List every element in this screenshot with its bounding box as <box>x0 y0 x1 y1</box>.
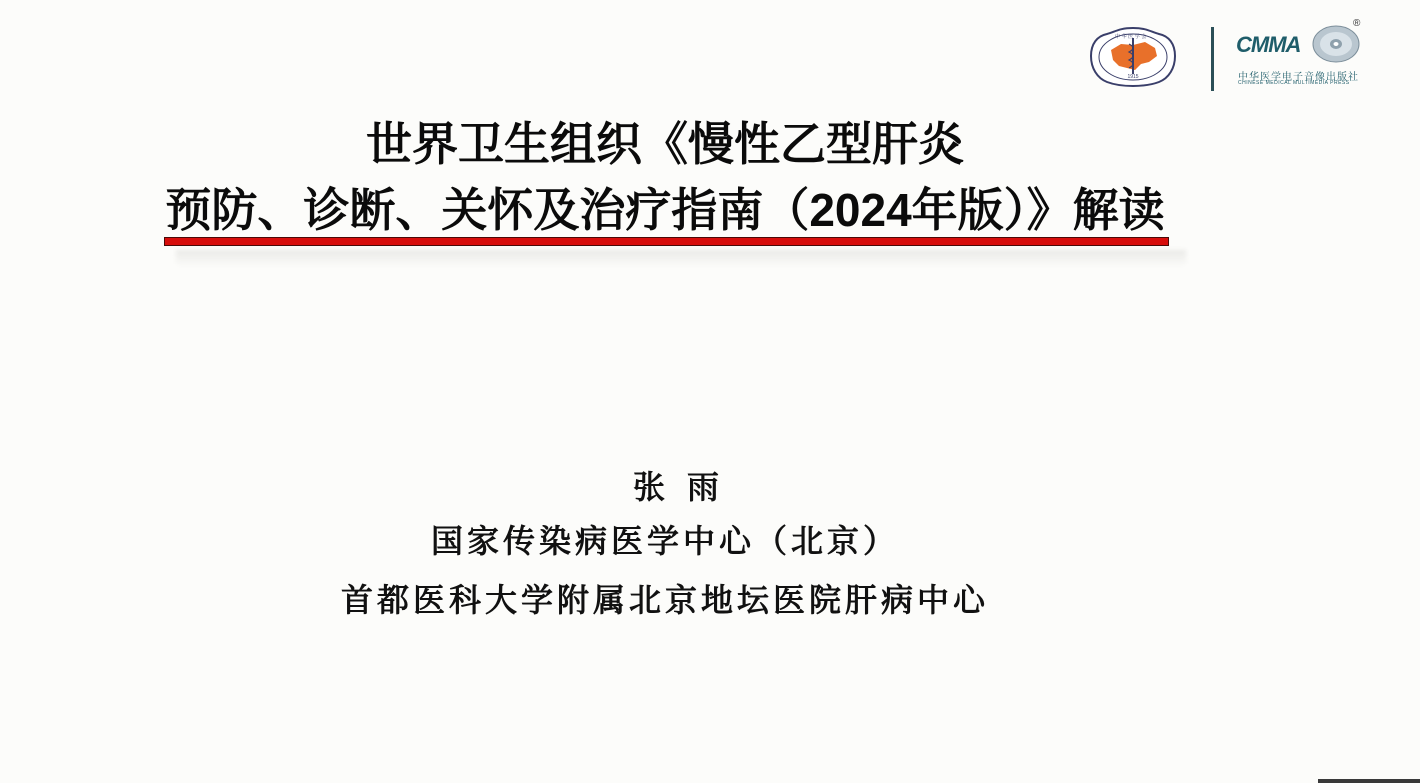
logo-divider <box>1211 27 1214 91</box>
player-control-bar-edge <box>1318 779 1420 783</box>
author-affiliation-2: 首都医科大学附属北京地坛医院肝病中心 <box>0 575 1330 621</box>
slide-title-line-2: 预防、诊断、关怀及治疗指南（2024年版）》解读 <box>0 180 1330 240</box>
slide-title-line-1: 世界卫生组织《慢性乙型肝炎 <box>0 114 1330 174</box>
author-name: 张雨 <box>0 462 1352 508</box>
cmma-wordmark: CMMA <box>1236 32 1300 54</box>
registered-mark: ® <box>1353 18 1360 29</box>
press-name-en: CHINESE MEDICAL MULTIMEDIA PRESS <box>1238 80 1350 86</box>
emblem-icon: 1915 中 华 医 学 会 <box>1089 26 1177 88</box>
svg-text:中 华 医 学 会: 中 华 医 学 会 <box>1115 33 1146 40</box>
svg-text:1915: 1915 <box>1127 74 1138 80</box>
cmma-press-logo: CMMA ® 中华医学电子音像出版社 CHINESE MEDICAL MULTI… <box>1232 18 1372 88</box>
title-underline-shadow <box>176 250 1186 266</box>
author-affiliation-1: 国家传染病医学中心（北京） <box>0 516 1330 562</box>
title-underline <box>164 237 1169 246</box>
disc-icon <box>1312 24 1360 64</box>
cma-emblem-logo: 1915 中 华 医 学 会 <box>1089 26 1177 88</box>
presentation-slide: 1915 中 华 医 学 会 CMMA ® 中华医学电子音像出版社 CHINES… <box>0 0 1420 783</box>
